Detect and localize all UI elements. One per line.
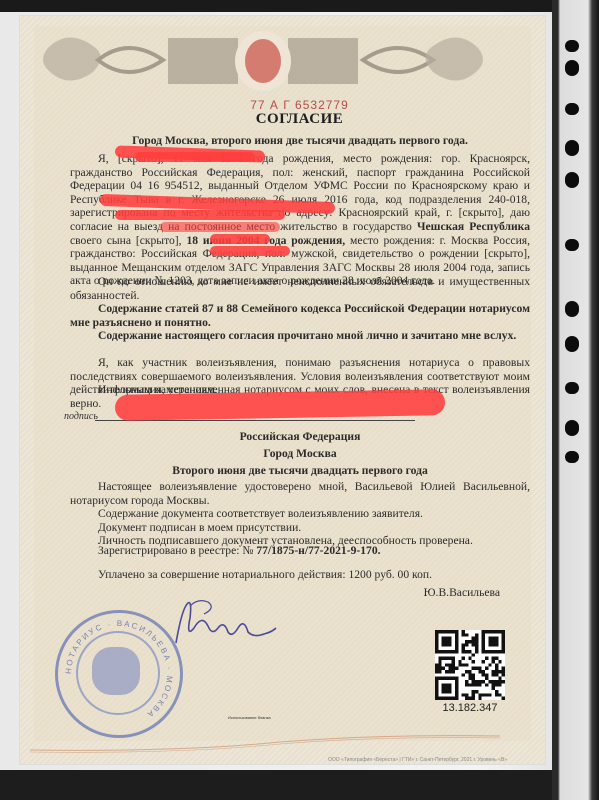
redaction-certificate <box>210 246 290 256</box>
family-code-text: Содержание статей 87 и 88 Семейного коде… <box>70 302 530 329</box>
punch-hole <box>565 172 579 188</box>
notary-seal: НОТАРИУС · ВАСИЛЬЕВА · МОСКВА <box>55 610 183 738</box>
redaction-address-2 <box>115 210 285 220</box>
fee-line: Уплачено за совершение нотариального дей… <box>70 568 530 582</box>
notary-line-3: Документ подписан в моем присутствии. <box>70 521 530 535</box>
punch-hole <box>565 336 579 352</box>
svg-text:НОТАРИУС · ВАСИЛЬЕВА · МОСКВА: НОТАРИУС · ВАСИЛЬЕВА · МОСКВА <box>64 619 174 720</box>
seal-text-ring: НОТАРИУС · ВАСИЛЬЕВА · МОСКВА <box>58 613 180 735</box>
bottom-guilloche-border <box>30 728 500 758</box>
obligations-text: Он по отношению ко мне не имеет неисполн… <box>70 275 530 302</box>
coat-of-arms-ornament <box>38 28 488 92</box>
notary-certification: Настоящее волеизъявление удостоверено мн… <box>70 480 530 548</box>
sleeve-bottom-edge <box>0 770 599 800</box>
printer-mark: Использование бланка <box>228 715 271 720</box>
document-title: СОГЛАСИЕ <box>0 111 599 128</box>
notary-city: Город Москва <box>70 447 530 461</box>
punch-hole <box>565 103 579 115</box>
fee-text: Уплачено за совершение нотариального дей… <box>70 568 530 582</box>
consent-text-2: своего сына [скрыто], <box>70 234 182 247</box>
printing-house-footer: ООО «Типография «Береста» | ГТИ» г. Санк… <box>328 757 507 763</box>
background-top <box>0 0 599 12</box>
punch-hole <box>565 301 579 317</box>
notary-signature <box>168 598 278 648</box>
read-aloud-paragraph: Содержание настоящего согласия прочитано… <box>70 329 530 343</box>
family-code-paragraph: Содержание статей 87 и 88 Семейного коде… <box>70 302 530 329</box>
notary-date: Второго июня две тысячи двадцать первого… <box>70 464 530 478</box>
punch-hole <box>565 60 579 76</box>
qr-code[interactable] <box>435 630 505 700</box>
binder-punch-strip <box>552 0 599 800</box>
notary-line-1: Настоящее волеизъявление удостоверено мн… <box>70 480 530 507</box>
punch-hole <box>565 451 579 463</box>
notary-line-2: Содержание документа соответствует волеи… <box>70 507 530 521</box>
registry-label: Зарегистрировано в реестре: № <box>98 544 253 557</box>
punch-hole <box>565 140 579 156</box>
punch-hole <box>565 239 579 251</box>
punch-hole <box>565 40 579 52</box>
read-aloud-text: Содержание настоящего согласия прочитано… <box>70 329 530 343</box>
notary-country: Российская Федерация <box>70 430 530 444</box>
redaction-name-2 <box>135 152 255 162</box>
punch-hole <box>565 382 579 394</box>
obligations-paragraph: Он по отношению ко мне не имеет неисполн… <box>70 275 530 302</box>
signature-label: подпись <box>64 411 98 422</box>
registry-number: 77/1875-н/77-2021-9-170. <box>256 544 380 557</box>
form-serial-number: 77 А Г 6532779 <box>0 98 599 112</box>
registry-line: Зарегистрировано в реестре: № 77/1875-н/… <box>70 544 530 558</box>
qr-code-number: 13.182.347 <box>430 702 510 714</box>
notary-name: Ю.В.Васильева <box>70 586 530 600</box>
redaction-son-name <box>160 222 280 232</box>
destination-country: Чешская Республика <box>417 220 530 233</box>
redaction-birthplace <box>210 234 270 244</box>
punch-hole <box>565 420 579 436</box>
